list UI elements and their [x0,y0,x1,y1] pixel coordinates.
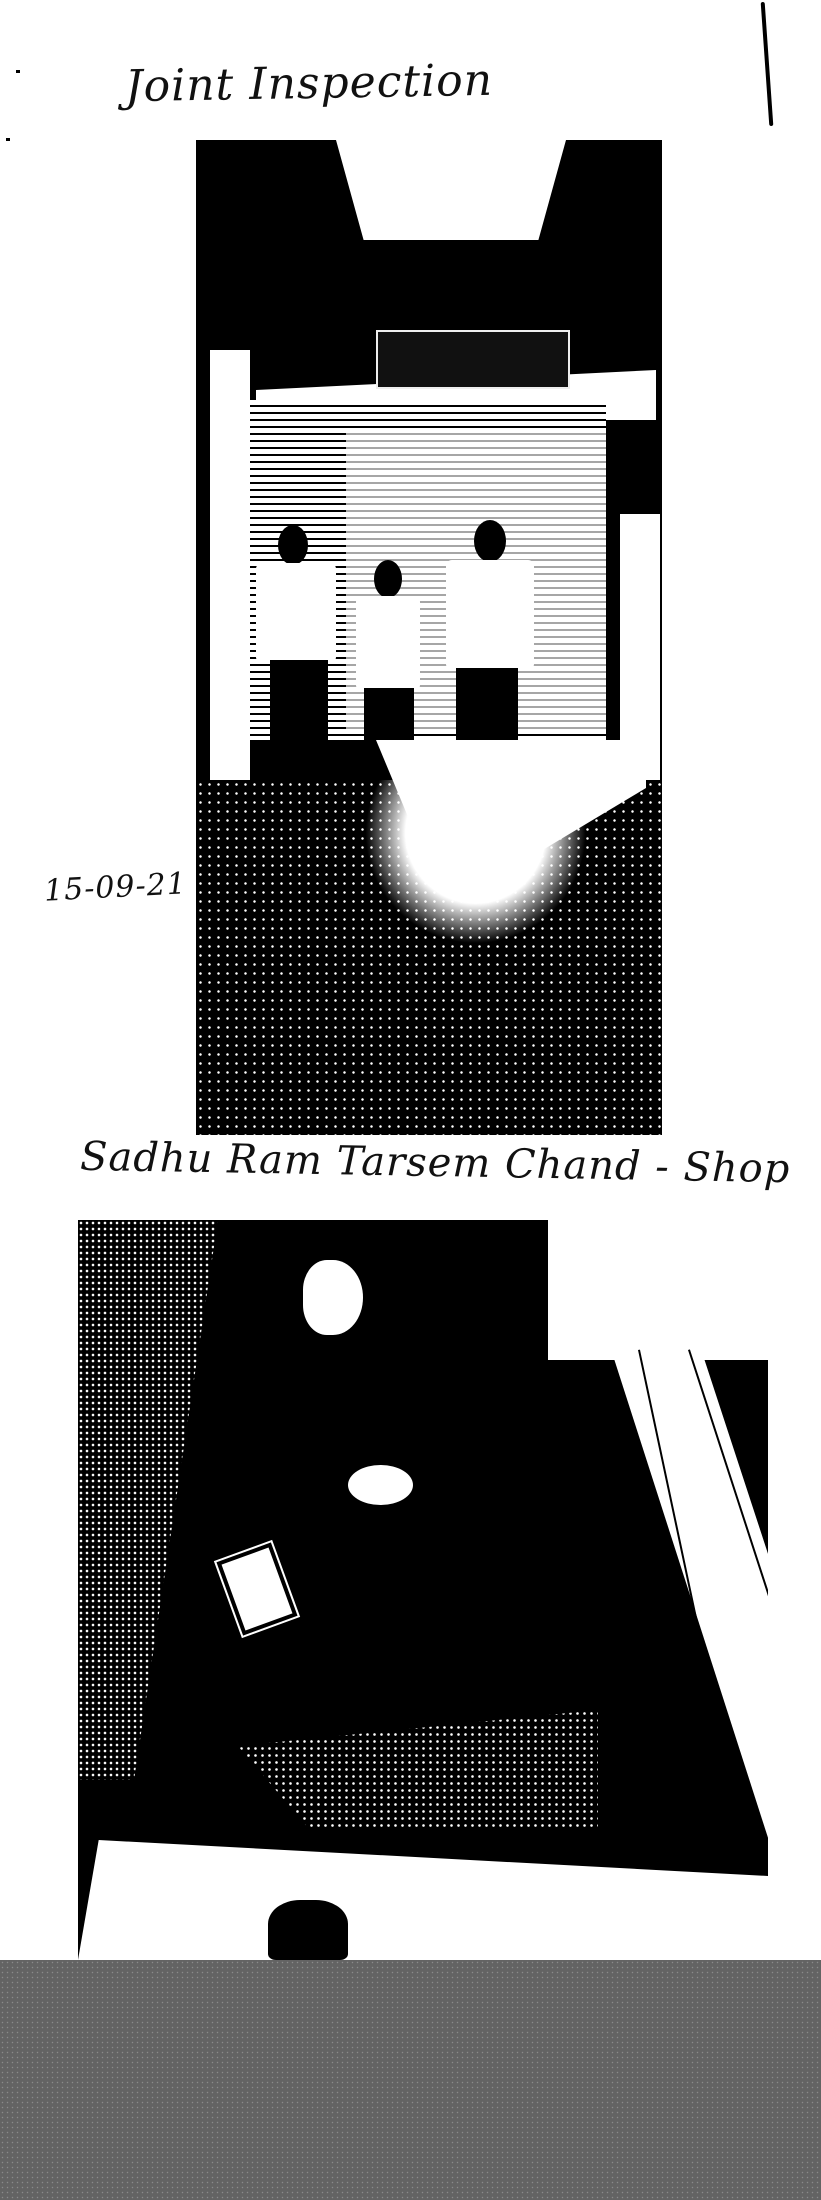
scanned-page: Joint Inspection 15-09-21 Sadhu Ram Tars… [0,0,821,1960]
photo-date-stamp: 20 [100,1898,119,1920]
scan-gray-band [0,1960,821,2200]
page-edge-mark [761,2,774,126]
box-object [216,1542,297,1635]
shop-interior-photo: 20 [78,1220,768,1960]
date-note: 15-09-21 [43,866,187,908]
shop-signboard [376,330,570,389]
heading-joint-inspection: Joint Inspection [125,55,494,112]
joint-inspection-photo [196,140,662,1135]
heading-shop-name: Sadhu Ram Tarsem Chand - Shop [80,1134,791,1192]
scan-speck [6,138,10,141]
floor [78,1840,768,1960]
scan-speck [16,70,20,73]
